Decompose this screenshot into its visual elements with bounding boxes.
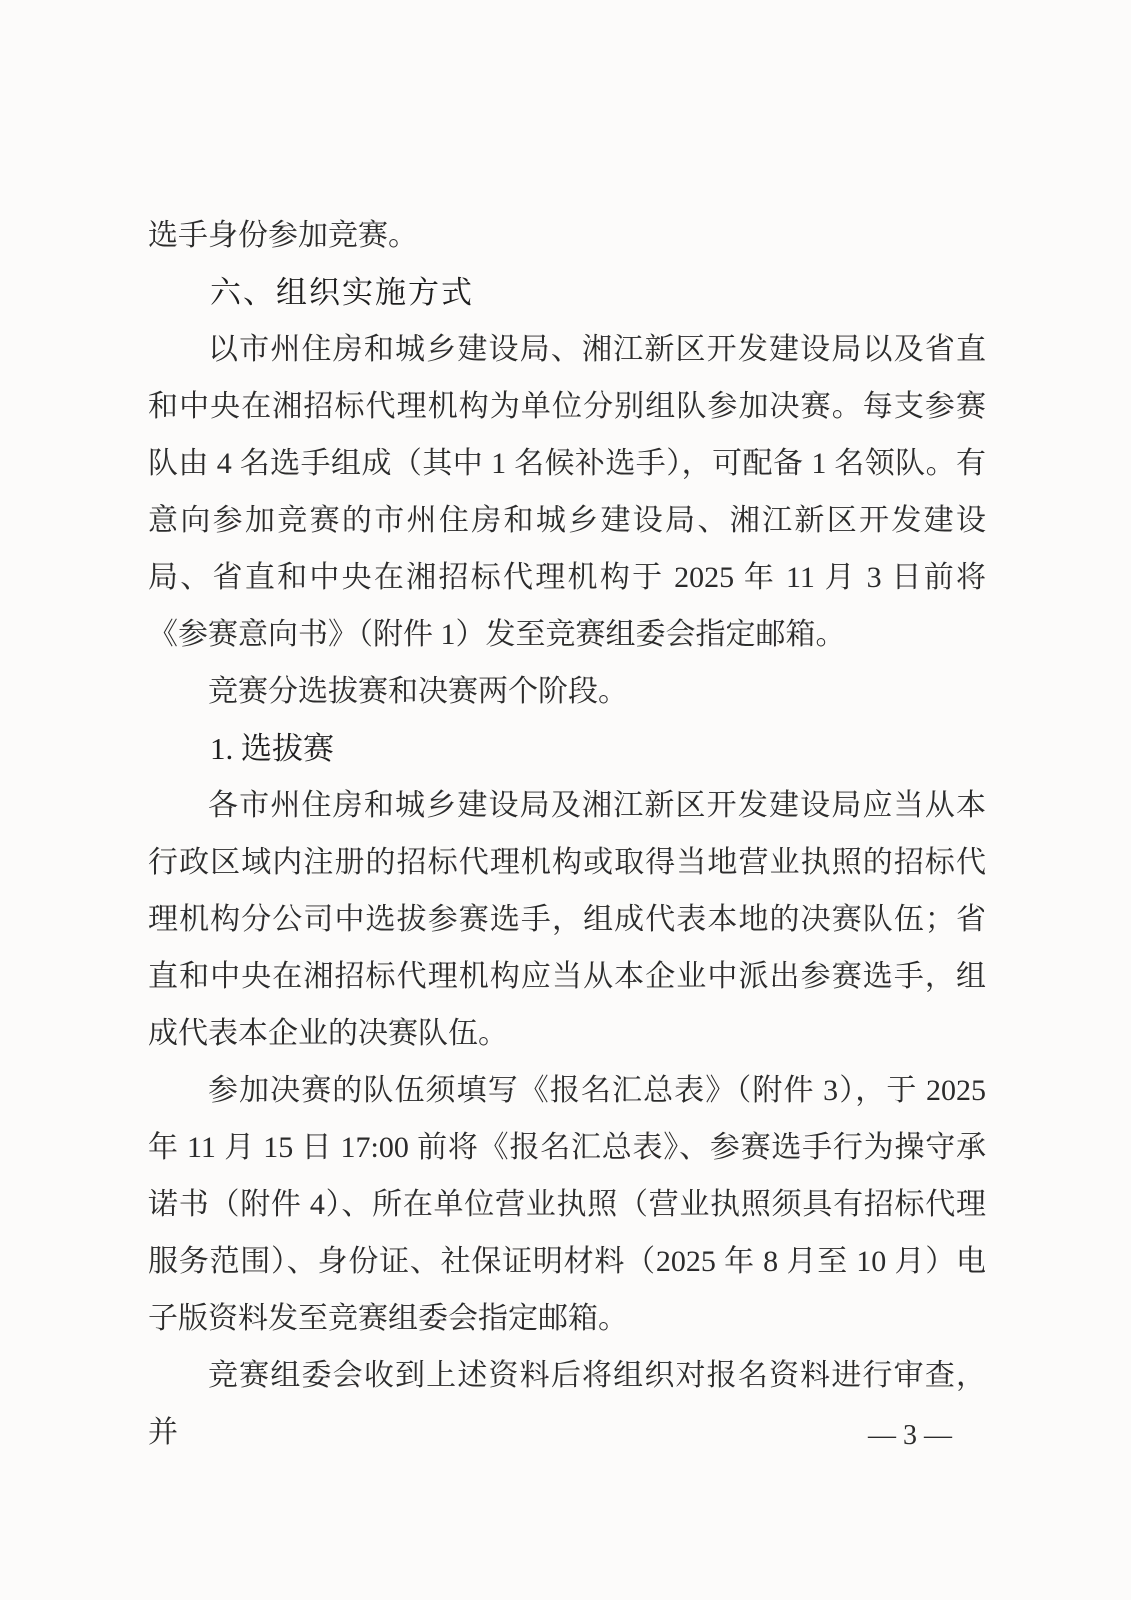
paragraph-selection-rules: 各市州住房和城乡建设局及湘江新区开发建设局应当从本行政区域内注册的招标代理机构或… (148, 777, 986, 1062)
paragraph-continued-from-previous-page: 选手身份参加竞赛。 (148, 207, 986, 264)
page-number: — 3 — (868, 1407, 952, 1464)
subsection-heading-selection-round: 1. 选拔赛 (148, 720, 986, 777)
document-page: 选手身份参加竞赛。 六、组织实施方式 以市州住房和城乡建设局、湘江新区开发建设局… (0, 0, 1131, 1600)
paragraph-registration-materials: 参加决赛的队伍须填写《报名汇总表》（附件 3），于 2025 年 11 月 15… (148, 1062, 986, 1347)
paragraph-competition-stages: 竞赛分选拔赛和决赛两个阶段。 (148, 663, 986, 720)
document-body: 选手身份参加竞赛。 六、组织实施方式 以市州住房和城乡建设局、湘江新区开发建设局… (148, 207, 986, 1461)
section-heading-organization-method: 六、组织实施方式 (148, 264, 986, 321)
paragraph-review-continued-to-next-page: 竞赛组委会收到上述资料后将组织对报名资料进行审查，并 (148, 1347, 986, 1461)
paragraph-team-formation: 以市州住房和城乡建设局、湘江新区开发建设局以及省直和中央在湘招标代理机构为单位分… (148, 321, 986, 663)
